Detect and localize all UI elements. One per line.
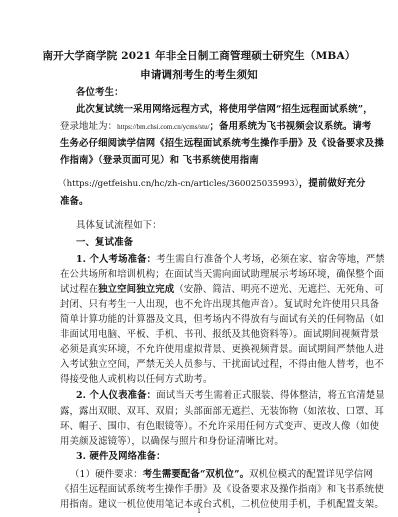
document-title-line2: 申请调剂考生的考生须知 bbox=[0, 67, 398, 82]
process-intro: 具体复试流程如下： bbox=[76, 217, 351, 231]
item1-line3: 试过程在独立空间独立完成（安静、简洁、明亮不逆光、无遮拦、无死角、可 bbox=[60, 281, 335, 295]
item1-line4: 封闭、只有考生一人出现，也不允许出现其他声音）。复试时允许使用只具备 bbox=[60, 296, 335, 310]
item1-line3-suffix: （安静、简洁、明亮不逆光、无遮拦、无死角、可 bbox=[174, 284, 384, 295]
item3-sub1-bold: 考生需要配备“双机位”。 bbox=[143, 469, 249, 480]
item2-label: 2. 个人仪表准备： bbox=[76, 390, 156, 401]
item1-line2: 在公共场所和培训机构；在面试当天需向面试助理展示考场环境，确保整个面 bbox=[60, 266, 335, 280]
intro-line6: 准备。 bbox=[60, 193, 335, 207]
item2-line4: 用美颜及滤镜等），以确保与照片和身份证清晰比对。 bbox=[60, 433, 335, 447]
intro-login-label: 登录地址为： bbox=[60, 121, 117, 132]
item3-sub1-prefix: （1）硬件要求： bbox=[70, 469, 143, 480]
intro-backup-system: ；备用系统为飞书视频会议系统。请考 bbox=[210, 121, 372, 132]
item2-line3: 环、帽子、围巾、有色眼镜等）。不允许采用任何方式变声、更改人像（如使 bbox=[60, 418, 335, 432]
item3-sub1-line2: 《招生远程面试系统考生操作手册》及《设备要求及操作指南》和飞书系统使 bbox=[60, 481, 335, 495]
document-page: 南开大学商学院 2021 年非全日制工商管理硕士研究生（MBA） 申请调剂考生的… bbox=[0, 0, 398, 517]
item3-sub1-line1: （1）硬件要求：考生需要配备“双机位”。双机位模式的配置详见学信网 bbox=[70, 466, 345, 480]
item2-line1: 2. 个人仪表准备：面试当天考生需着正式服装、得体整洁，将五官清楚显 bbox=[76, 387, 351, 401]
item1-text: 考生需自行准备个人考场，必须在家、宿舍等地，严禁 bbox=[156, 254, 385, 265]
intro-line4: 作指南》（登录页面可见）和 飞书系统使用指南 bbox=[60, 152, 335, 166]
item1-line1: 1. 个人考场准备：考生需自行准备个人考场，必须在家、宿舍等地，严禁 bbox=[76, 251, 351, 265]
item1-line9: 得接受他人或机构以任何方式助考。 bbox=[60, 371, 335, 385]
item3-label: 3. 硬件及网络准备： bbox=[76, 448, 351, 462]
item1-line3-prefix: 试过程在 bbox=[60, 284, 98, 295]
intro-line2: 登录地址为：https://bm.chsi.com.cn/ycms/stu/；备… bbox=[60, 118, 335, 132]
feishu-guide-link[interactable]: （https://getfeishu.cn/hc/zh-cn/articles/… bbox=[58, 179, 299, 189]
chsi-login-link[interactable]: https://bm.chsi.com.cn/ycms/stu/ bbox=[117, 123, 209, 131]
item2-text: 面试当天考生需着正式服装、得体整洁，将五官清楚显 bbox=[156, 390, 385, 401]
document-title-line1: 南开大学商学院 2021 年非全日制工商管理硕士研究生（MBA） bbox=[0, 48, 398, 63]
item1-label: 1. 个人考场准备： bbox=[76, 254, 156, 265]
item1-line7: 必须是真实环境，不允许使用虚拟背景、更换视频背景。面试期间严禁他人进 bbox=[60, 341, 335, 355]
item1-line8: 入考试独立空间，严禁无关人员参与、干扰面试过程，不得由他人替考，也不 bbox=[60, 356, 335, 370]
greeting: 各位考生： bbox=[76, 84, 351, 98]
item1-line6: 非面试用电脑、平板、手机、书刊、报纸及其他资料等）。面试期间视频背景 bbox=[60, 326, 335, 340]
page-number: 1 bbox=[0, 508, 398, 515]
intro-line5: （https://getfeishu.cn/hc/zh-cn/articles/… bbox=[58, 175, 333, 189]
item1-bold-phrase: 独立空间独立完成 bbox=[98, 284, 174, 295]
item2-line2: 露，露出双眼、双耳、双眉；头部面部无遮拦、无装饰物（如浓妆、口罩、耳 bbox=[60, 403, 335, 417]
item3-sub1-rest: 双机位模式的配置详见学信网 bbox=[249, 469, 373, 480]
item1-line5: 简单计算功能的计算器及文具，但考场内不得放有与面试有关的任何物品（如 bbox=[60, 311, 335, 325]
intro-line1: 此次复试统一采用网络远程方式，将使用学信网“招生远程面试系统”， bbox=[76, 101, 351, 115]
intro-line3: 生务必仔细阅读学信网《招生远程面试系统考生操作手册》及《设备要求及操 bbox=[60, 135, 335, 149]
intro-prepare-text: ，提前做好充分 bbox=[299, 178, 366, 189]
section1-heading: 一、复试准备 bbox=[76, 234, 351, 248]
